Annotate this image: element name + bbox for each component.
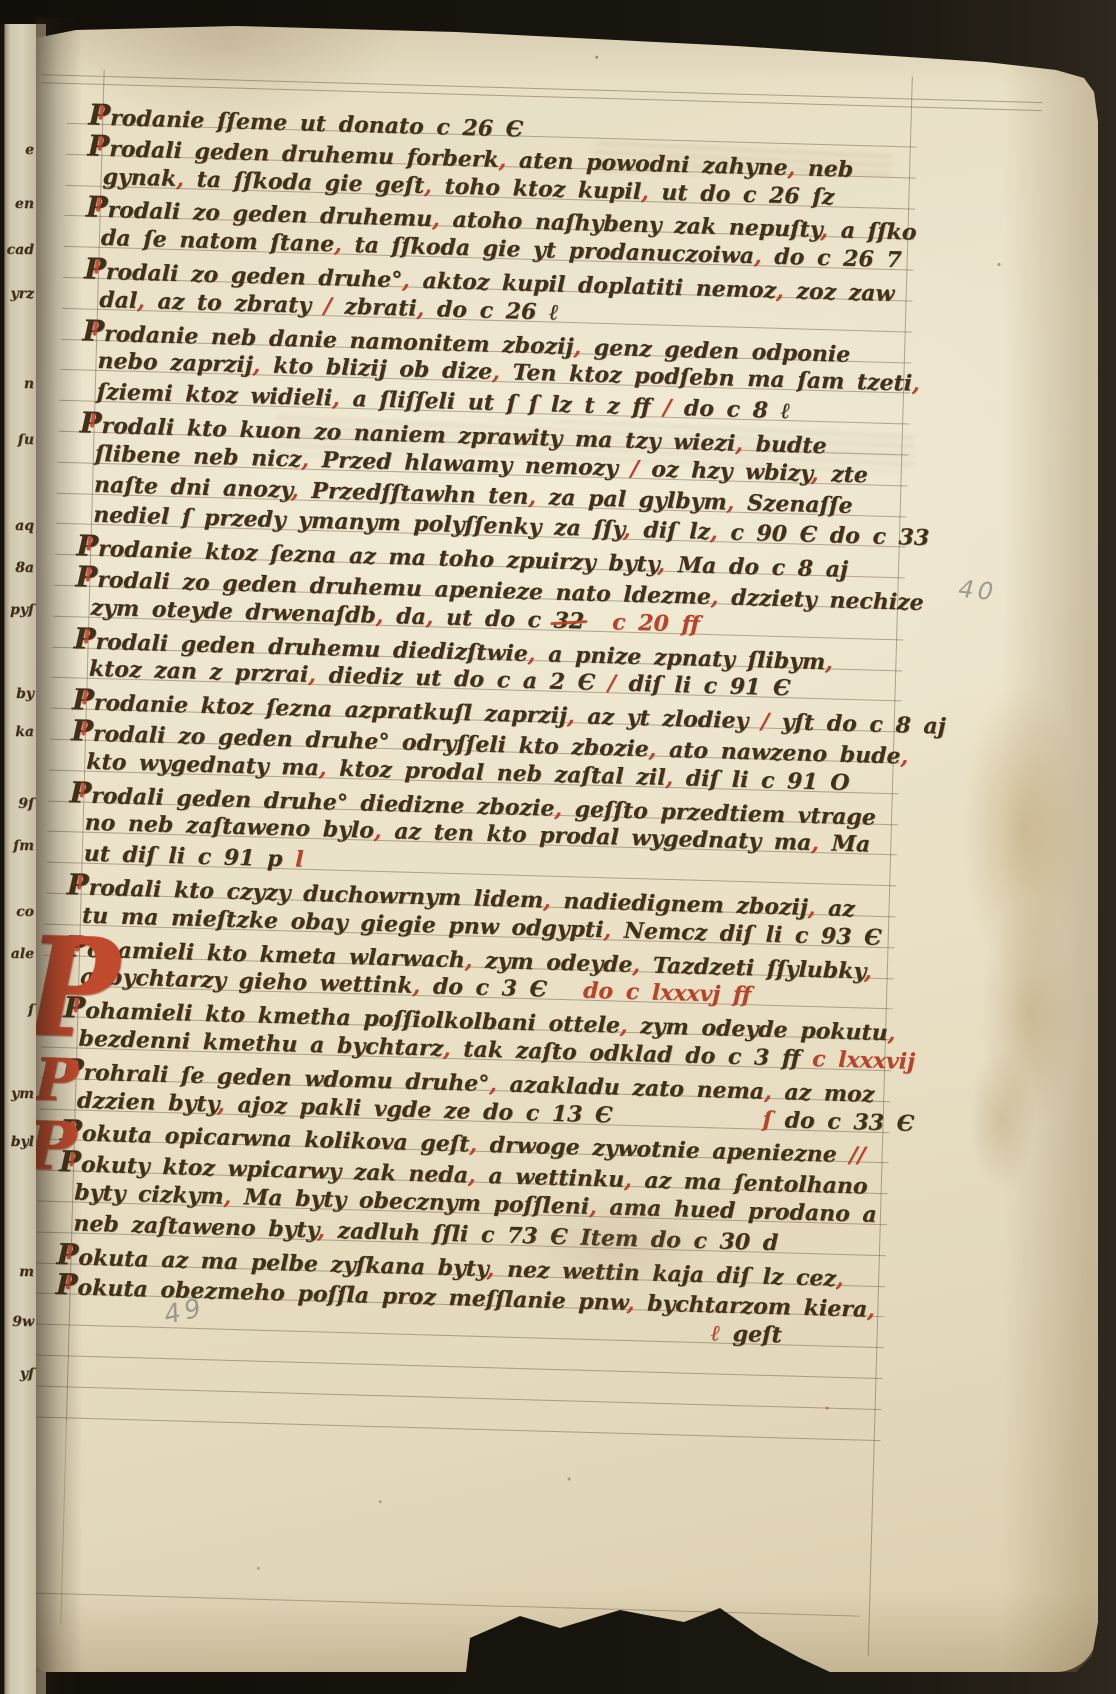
facing-page-text-fragment: en (15, 196, 34, 212)
rubric-text: l (282, 846, 304, 873)
lombard-initial-p: P (25, 918, 121, 1057)
ink-text: do c 8 ℓ (671, 395, 790, 424)
rubric-text: , (825, 649, 833, 675)
ink-text: Tazdzeti ſſylubky (640, 952, 865, 984)
ink-text: az ma ſentolhano (631, 1167, 867, 1200)
facing-page-text-fragment: by (16, 686, 34, 702)
facing-page-text-fragment: co (16, 904, 34, 920)
ink-text: dal (99, 287, 138, 314)
line-initial: P (79, 405, 102, 440)
ink-text: do c 3 Є (420, 974, 548, 1004)
line-initial: P (75, 559, 98, 594)
rubric-text: ℓ (710, 1321, 733, 1348)
ink-text: do c 26 7 (761, 244, 902, 274)
line-initial: P (69, 775, 92, 810)
folio-number-pencil: 40 (957, 577, 998, 605)
facing-page-text-fragment: ym (11, 1086, 34, 1102)
manuscript-text-line: ut diſ li c 91 p l (83, 841, 303, 874)
line-initial: P (87, 128, 110, 163)
line-initial: P (85, 190, 108, 225)
ink-text: ut diſ li c 91 p (83, 841, 282, 873)
ink-text: ſlibene neb nicz (95, 441, 302, 473)
line-initial: P (56, 1237, 79, 1272)
line-initial: P (88, 98, 111, 133)
facing-page-text-fragment: 9ſ (18, 796, 34, 812)
text-block: Prodanie ſſeme ut donato c 26 ЄProdali g… (36, 22, 1098, 52)
ink-text: yſt do c 8 aj (769, 709, 946, 740)
ink-text: zym odeyde (472, 947, 633, 977)
facing-page-text-fragment: e (25, 142, 34, 158)
ink-text: da (383, 603, 426, 630)
line-initial: P (55, 1267, 78, 1302)
ink-text: gynak (102, 164, 176, 192)
facing-page-text-fragment: byl (11, 1134, 34, 1150)
facing-page-text-fragment: 9w (12, 1314, 34, 1330)
ink-text: da ſe natom ſtane (101, 225, 335, 258)
ink-text: a ſſko (828, 218, 917, 246)
ruled-line (43, 74, 1043, 103)
ink-text: Ma (819, 831, 871, 858)
ink-text: nebo zaprzij (97, 348, 253, 378)
ink-text: zoz zaw (783, 278, 894, 307)
lombard-initial-p: P (34, 1050, 79, 1109)
rubric-text: c lxxxvij (812, 1046, 916, 1075)
rubric-text: / (748, 708, 769, 735)
ink-text: kto blizij ob dize (260, 353, 493, 385)
ink-text: 32 (553, 607, 584, 634)
rubric-text: // (836, 1142, 865, 1169)
rubric-text: / (618, 455, 639, 482)
margin-rule (868, 76, 913, 1655)
ink-text: ktoz zan z przrai (89, 656, 309, 688)
ink-text: dzzien byty (77, 1087, 218, 1117)
line-initial: P (84, 251, 107, 286)
ink-text: neb (795, 155, 854, 183)
ink-text: Przedſſtawhn ten (298, 477, 528, 509)
facing-page-text-fragment: cad (7, 242, 34, 258)
ink-text: dzziety nechize (718, 584, 924, 616)
ink-text: bychtarzom kiera (634, 1291, 867, 1323)
facing-page-text-fragment: yſ (20, 1366, 34, 1382)
ink-text: diſ lz (630, 517, 710, 545)
ink-text: Szenaſſe (734, 489, 853, 518)
line-initial: P (72, 682, 95, 717)
facing-page-text-fragment: 8a (15, 560, 34, 576)
ink-text: budte (743, 431, 827, 459)
ink-text: geſt (732, 1321, 782, 1348)
ink-text: ſziemi ktoz widieli (96, 379, 332, 412)
ruled-line (0, 1592, 860, 1617)
ink-text: a wettinku (475, 1163, 624, 1193)
rubric-text: , (836, 1265, 844, 1291)
line-initial: P (82, 313, 105, 348)
ink-text: c 90 Є do c 33 (717, 520, 929, 552)
ink-text: diſ li c 91 Є (615, 671, 790, 702)
ink-text: a ſliſſeli ut ſ ſ lz t z ff (339, 386, 650, 421)
ink-text: az moz (771, 1079, 874, 1108)
ink-text: za pal gylbym (536, 484, 727, 515)
ruling-layer (36, 22, 1098, 52)
ink-text: byty cizkym (74, 1180, 224, 1210)
facing-page-text-fragment: ſ (28, 1002, 34, 1018)
line-initial: P (66, 867, 89, 902)
rubric-text: , (867, 1297, 875, 1323)
ink-text: zbrati (331, 293, 417, 321)
ink-text: neb zaſtaweno byty (73, 1210, 318, 1243)
ink-text: toho ktoz kupil (432, 173, 642, 205)
rubric-text: / (311, 293, 332, 320)
rubric-text: , (912, 371, 920, 397)
ink-text: do c 33 Є (784, 1107, 914, 1137)
ink-text: zte (818, 461, 868, 488)
page-content: Prodanie ſſeme ut donato c 26 ЄProdali g… (0, 22, 1098, 1694)
rubric-text: , (864, 958, 872, 984)
facing-page-text-fragment: pyſ (10, 602, 34, 618)
ink-text: ut do c 26 ſz (648, 179, 834, 210)
ink-text: ta ſſkoda gie geſt (184, 166, 425, 199)
ink-text: ut do c (433, 604, 554, 633)
line-initial: P (71, 713, 94, 748)
line-initial: P (76, 529, 99, 564)
ink-text: naſte dni anozy (94, 471, 292, 502)
facing-page-text-fragment: aq (15, 518, 34, 534)
ink-text: diſ li c 91 O (673, 765, 850, 796)
ink-text: az to zbraty (145, 288, 312, 319)
facing-page-text-fragment: ka (15, 724, 34, 740)
facing-page-text-fragment: ale (11, 946, 34, 962)
ink-text: kto wygednaty ma (86, 748, 319, 780)
rubric-text: , (900, 743, 908, 769)
ink-text: Ma do c 8 aj (665, 552, 849, 583)
rubric-text: / (650, 395, 671, 422)
rubric-text: ſ (762, 1106, 785, 1133)
ink-text: az yt zlodiey (574, 704, 748, 735)
ruled-line (31, 1416, 881, 1441)
manuscript-scan: { "document": { "kind": "medieval manusc… (0, 0, 1116, 1694)
rubric-text: , (887, 1020, 895, 1046)
ink-text: do c 26 ℓ (424, 296, 559, 326)
manuscript-page: Prodanie ſſeme ut donato c 26 ЄProdali g… (36, 22, 1098, 1672)
rubric-text: c 20 ff (612, 609, 700, 637)
ink-text: az (815, 895, 855, 922)
ruled-line (32, 1385, 882, 1410)
rubric-text: / (595, 670, 616, 697)
facing-page-text-fragment: ſm (13, 838, 34, 854)
ink-text: oz hzy wbizy (638, 456, 811, 487)
rubric-text: do c lxxxvj ff (583, 978, 752, 1009)
line-initial: P (73, 621, 96, 656)
facing-page-text-fragment: yrz (11, 286, 34, 302)
ruled-line (33, 1354, 883, 1379)
facing-page-text-fragment: ſu (18, 432, 34, 448)
facing-page-text-fragment: n (24, 376, 34, 392)
facing-page-text-fragment: m (19, 1264, 34, 1280)
